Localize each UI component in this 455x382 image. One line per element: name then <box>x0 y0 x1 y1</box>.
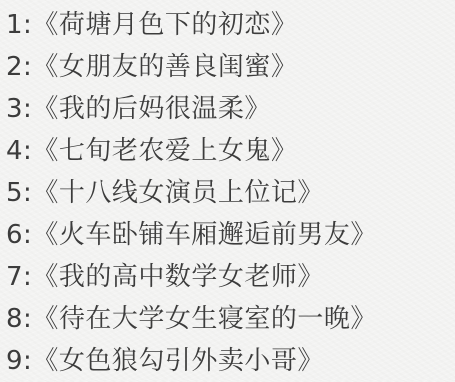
item-title: 《女朋友的善良闺蜜》 <box>32 46 297 88</box>
list-item: 6:《火车卧铺车厢邂逅前男友》 <box>6 214 377 256</box>
item-title: 《女色狼勾引外卖小哥》 <box>32 340 324 380</box>
list-item: 7:《我的高中数学女老师》 <box>6 256 377 298</box>
list-item: 8:《待在大学女生寝室的一晚》 <box>6 298 377 340</box>
item-number: 7: <box>6 256 32 298</box>
list-item: 5:《十八线女演员上位记》 <box>6 172 377 214</box>
item-number: 1: <box>6 4 32 46</box>
list-item: 9:《女色狼勾引外卖小哥》 <box>6 340 377 380</box>
item-number: 9: <box>6 340 32 380</box>
item-number: 3: <box>6 88 32 130</box>
list-item: 4:《七旬老农爱上女鬼》 <box>6 130 377 172</box>
item-number: 4: <box>6 130 32 172</box>
list-item: 2:《女朋友的善良闺蜜》 <box>6 46 377 88</box>
item-title: 《我的高中数学女老师》 <box>32 256 324 298</box>
item-number: 8: <box>6 298 32 340</box>
list-item: 3:《我的后妈很温柔》 <box>6 88 377 130</box>
item-number: 2: <box>6 46 32 88</box>
item-title: 《待在大学女生寝室的一晚》 <box>32 298 377 340</box>
list-item: 1:《荷塘月色下的初恋》 <box>6 4 377 46</box>
item-number: 5: <box>6 172 32 214</box>
item-title: 《荷塘月色下的初恋》 <box>32 4 297 46</box>
title-list: 1:《荷塘月色下的初恋》 2:《女朋友的善良闺蜜》 3:《我的后妈很温柔》 4:… <box>6 4 377 380</box>
item-title: 《火车卧铺车厢邂逅前男友》 <box>32 214 377 256</box>
item-title: 《十八线女演员上位记》 <box>32 172 324 214</box>
item-title: 《我的后妈很温柔》 <box>32 88 271 130</box>
item-title: 《七旬老农爱上女鬼》 <box>32 130 297 172</box>
item-number: 6: <box>6 214 32 256</box>
